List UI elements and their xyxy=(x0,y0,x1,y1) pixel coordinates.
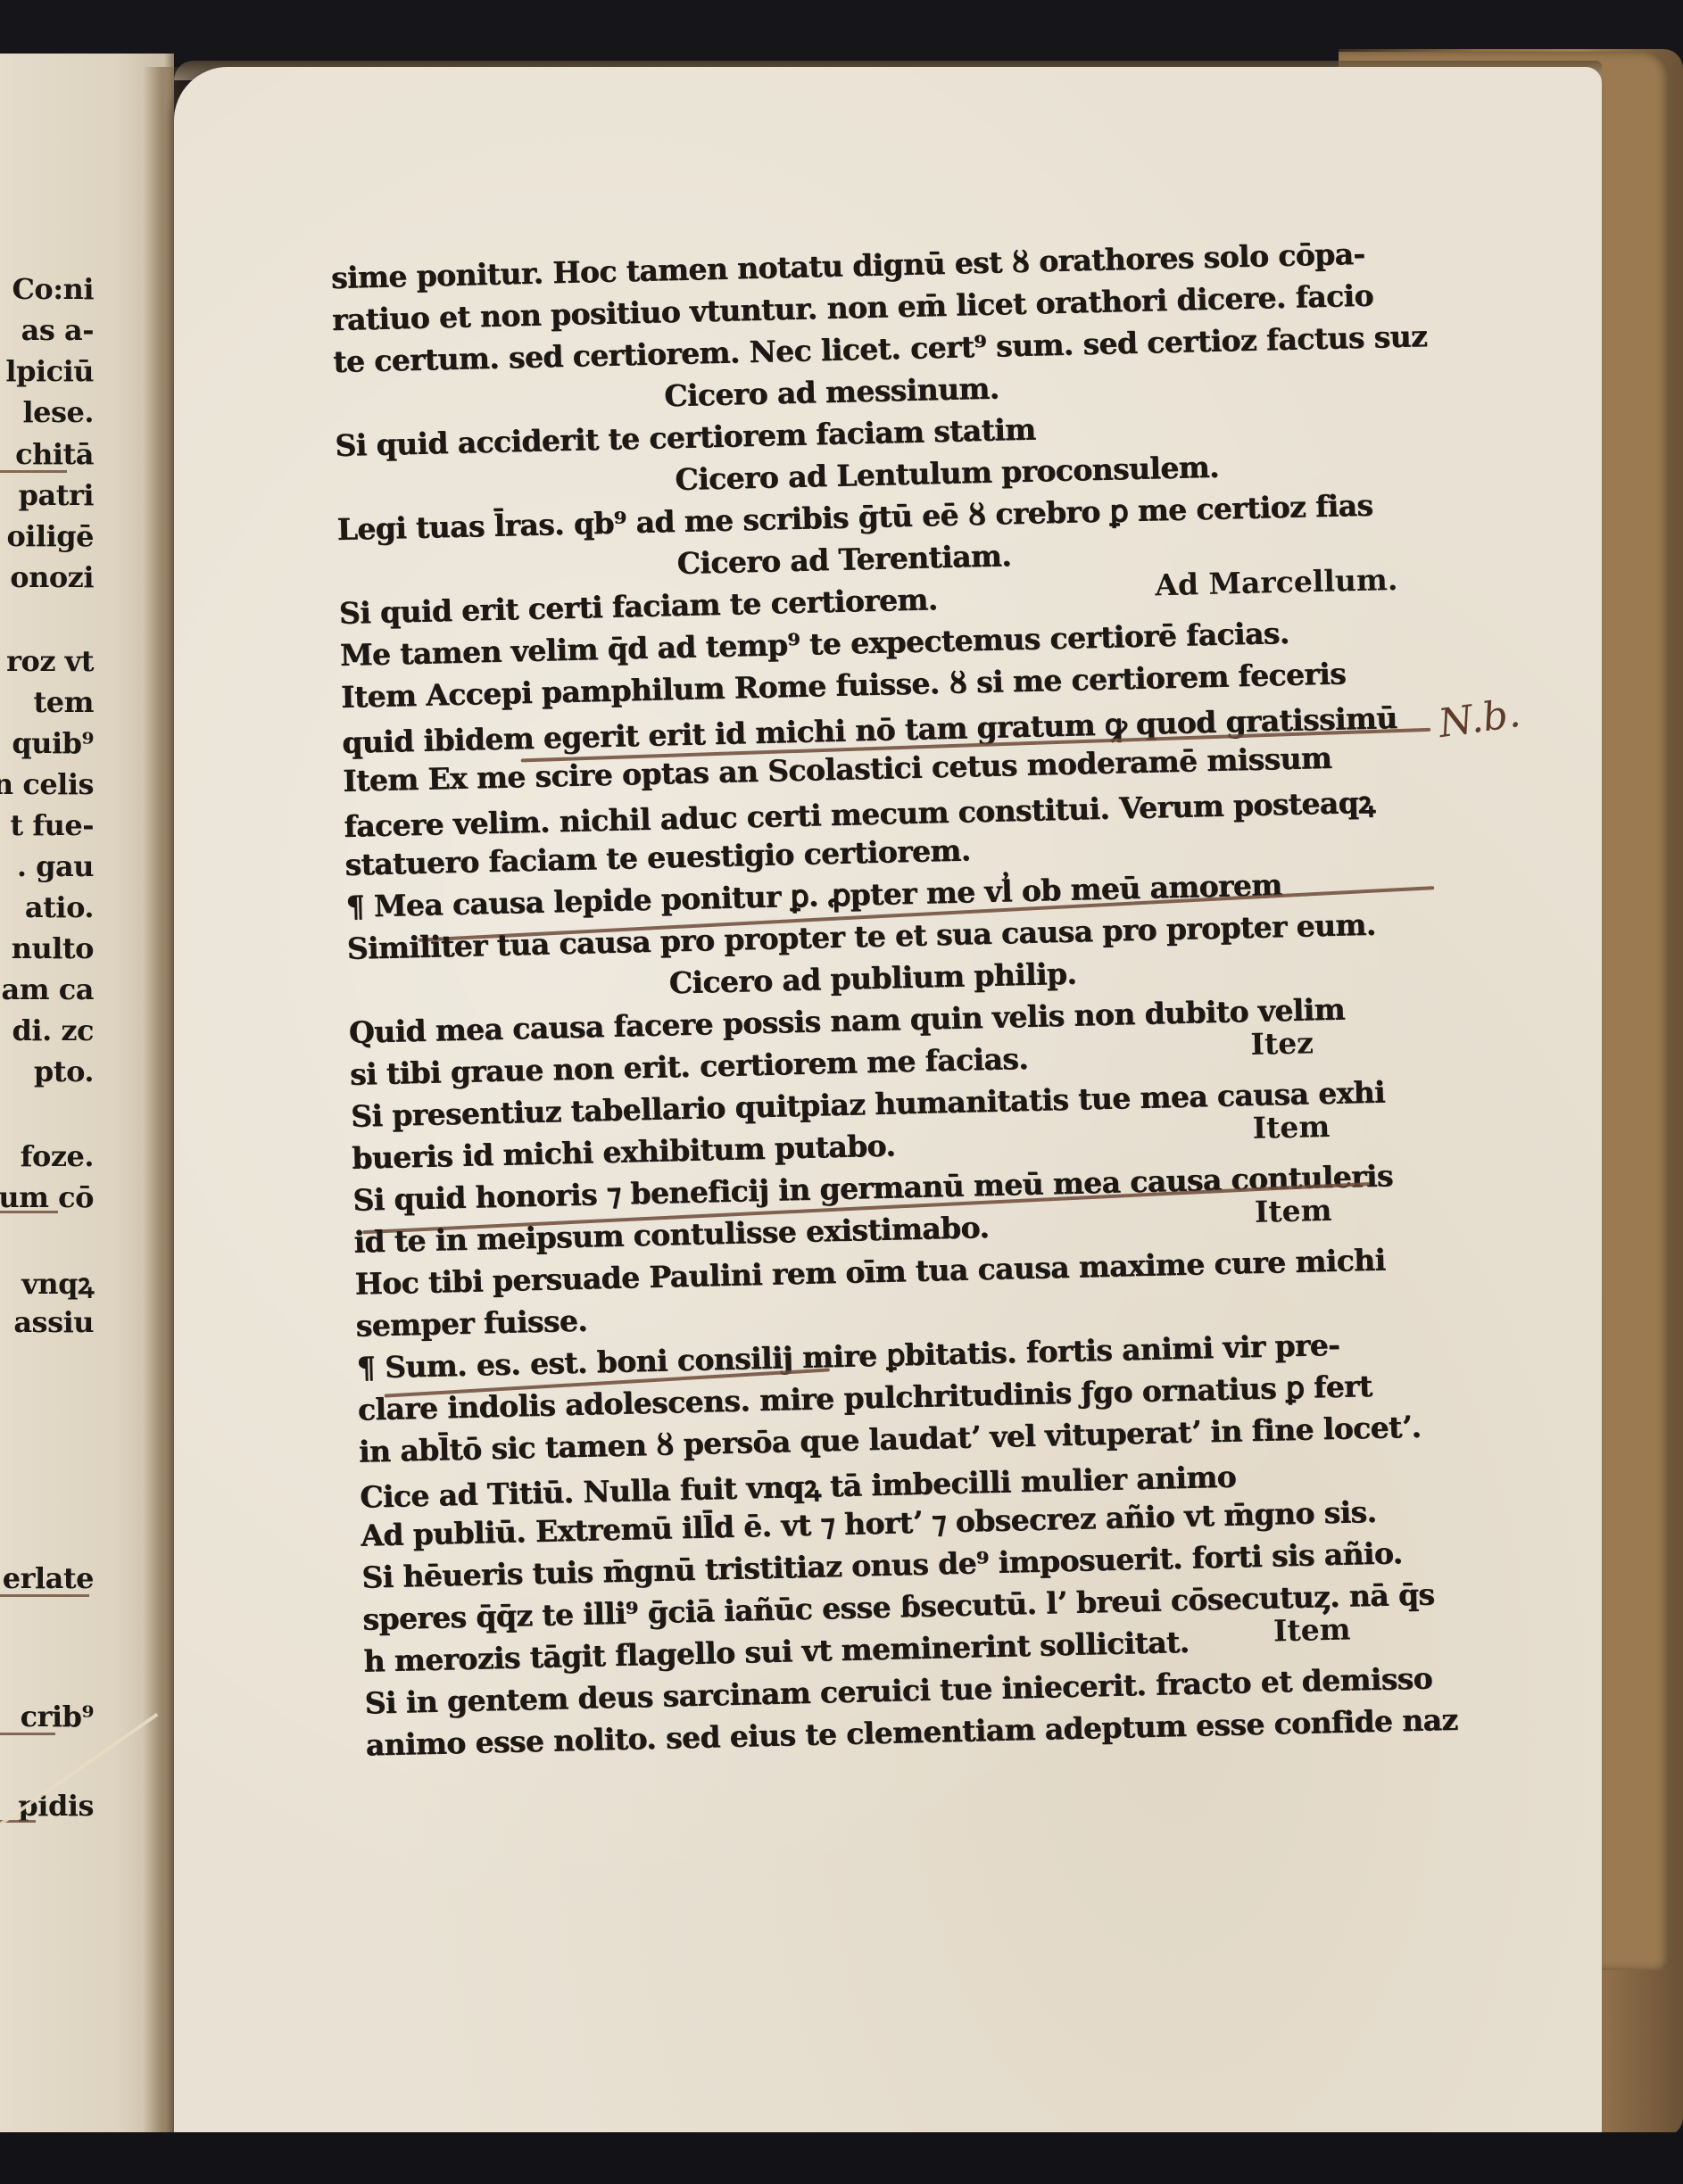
item-note: Item xyxy=(1252,1109,1330,1146)
left-line: t fue- xyxy=(10,808,94,842)
left-line: as a- xyxy=(21,313,94,347)
left-line: onozi xyxy=(10,560,94,594)
left-line: . gau xyxy=(17,849,94,883)
left-line: oiligē xyxy=(6,519,94,553)
left-line: erlate xyxy=(3,1561,94,1595)
item-note: Itez xyxy=(1250,1025,1314,1062)
left-line: assiu xyxy=(13,1305,94,1339)
left-line: lese. xyxy=(22,395,94,429)
left-line: pto. xyxy=(34,1055,94,1088)
manuscript-underline xyxy=(0,470,67,473)
left-line: n celis xyxy=(0,767,94,801)
left-line: chitā xyxy=(15,437,94,471)
left-line: tem xyxy=(34,685,95,719)
left-line: lpiciū xyxy=(5,354,94,388)
left-line: patri xyxy=(19,478,94,512)
left-line: vnqꝝ xyxy=(21,1264,94,1303)
left-line: um cō xyxy=(0,1180,94,1214)
manuscript-underline xyxy=(0,1211,58,1213)
left-line: quib⁹ xyxy=(12,726,94,760)
left-line: crib⁹ xyxy=(21,1700,94,1733)
left-line: di. zc xyxy=(12,1013,94,1047)
heading-ad-marcellum: Ad Marcellum. xyxy=(1155,562,1398,602)
left-line: atio. xyxy=(25,890,94,924)
left-line: foze. xyxy=(21,1139,94,1173)
left-line: roz vt xyxy=(6,644,94,678)
text-line: semper fuisse. xyxy=(355,1303,587,1344)
background-bottom xyxy=(0,2132,1683,2184)
manuscript-underline xyxy=(0,1594,89,1597)
left-line: am ca xyxy=(2,972,94,1006)
left-line: nulto xyxy=(12,931,94,965)
left-line: Co:ni xyxy=(12,272,94,306)
item-note: Item xyxy=(1254,1193,1331,1229)
manuscript-underline xyxy=(0,1733,55,1735)
item-note: Item xyxy=(1273,1611,1351,1648)
